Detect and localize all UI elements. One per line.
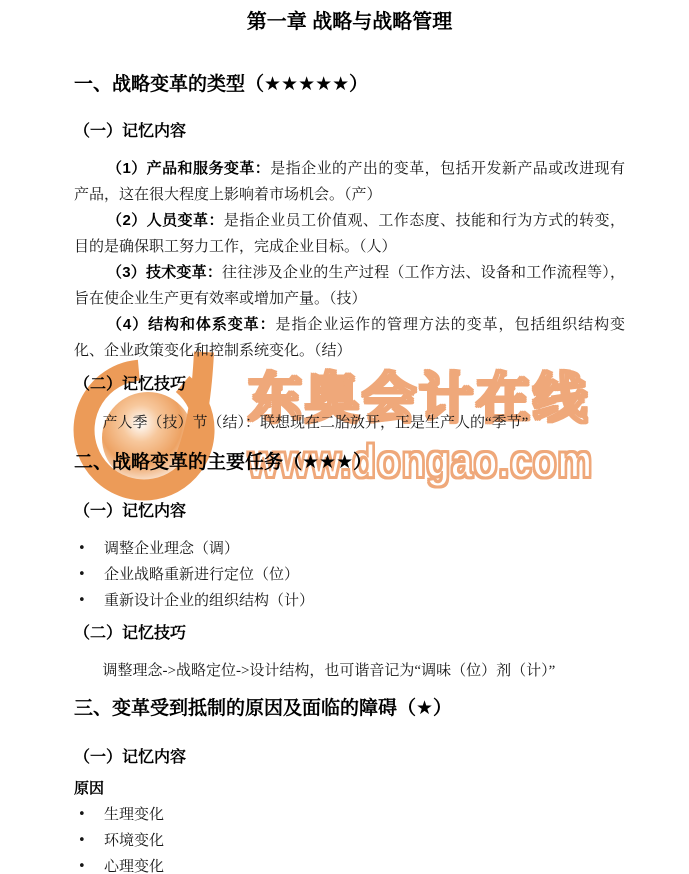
section-3-heading: 三、变革受到抵制的原因及面临的障碍（★）: [74, 696, 625, 722]
list-item: •企业战略重新进行定位（位）: [74, 562, 625, 588]
section-1-memory-content-heading: （一）记忆内容: [74, 120, 625, 144]
bullet-icon: •: [78, 854, 86, 874]
section-1-memory-tip: 产人季（技）节（结）：联想现在二胎放开，正是生产人的“季节”: [74, 410, 625, 436]
paragraph-label: （4）结构和体系变革：: [107, 316, 276, 333]
list-item-text: 生理变化: [104, 807, 164, 823]
paragraph-technology-change: （3）技术变革：往往涉及企业的生产过程（工作方法、设备和工作流程等），旨在使企业…: [74, 260, 625, 312]
bullet-icon: •: [78, 536, 86, 562]
paragraph-structure-system-change: （4）结构和体系变革：是指企业运作的管理方法的变革，包括组织结构变化、企业政策变…: [74, 312, 625, 364]
bullet-icon: •: [78, 828, 86, 854]
list-item: •环境变化: [74, 828, 625, 854]
bullet-icon: •: [78, 562, 86, 588]
section-2-memory-content-heading: （一）记忆内容: [74, 500, 625, 524]
section-3-memory-content-heading: （一）记忆内容: [74, 746, 625, 770]
list-item: •调整企业理念（调）: [74, 536, 625, 562]
paragraph-product-service-change: （1）产品和服务变革：是指企业的产出的变革，包括开发新产品或改进现有产品，这在很…: [74, 156, 625, 208]
paragraph-label: （3）技术变革：: [107, 264, 222, 281]
paragraph-label: （2）人员变革：: [107, 212, 224, 229]
section-2-heading: 二、战略变革的主要任务（★★★）: [74, 450, 625, 476]
task-list: •调整企业理念（调） •企业战略重新进行定位（位） •重新设计企业的组织结构（计…: [74, 536, 625, 614]
bullet-icon: •: [78, 588, 86, 614]
reasons-label: 原因: [74, 778, 625, 800]
document-page: 东奥会计在线 www.dongao.com 第一章 战略与战略管理 一、战略变革…: [0, 0, 689, 874]
list-item-text: 重新设计企业的组织结构（计）: [104, 593, 314, 609]
chapter-title: 第一章 战略与战略管理: [74, 8, 625, 36]
list-item: •生理变化: [74, 802, 625, 828]
list-item-text: 企业战略重新进行定位（位）: [104, 567, 299, 583]
bullet-icon: •: [78, 802, 86, 828]
paragraph-personnel-change: （2）人员变革：是指企业员工价值观、工作态度、技能和行为方式的转变，目的是确保职…: [74, 208, 625, 260]
section-1-memory-tip-heading: （二）记忆技巧: [74, 373, 625, 397]
section-1-heading: 一、战略变革的类型（★★★★★）: [74, 72, 625, 98]
list-item: •重新设计企业的组织结构（计）: [74, 588, 625, 614]
reasons-list: •生理变化 •环境变化 •心理变化: [74, 802, 625, 874]
list-item: •心理变化: [74, 854, 625, 874]
list-item-text: 心理变化: [104, 859, 164, 874]
section-2-memory-tip-heading: （二）记忆技巧: [74, 622, 625, 646]
section-2-memory-tip: 调整理念->战略定位->设计结构，也可谐音记为“调味（位）剂（计）”: [74, 658, 625, 684]
document-content: 第一章 战略与战略管理 一、战略变革的类型（★★★★★） （一）记忆内容 （1）…: [0, 0, 689, 874]
list-item-text: 调整企业理念（调）: [104, 541, 239, 557]
paragraph-label: （1）产品和服务变革：: [107, 160, 270, 177]
list-item-text: 环境变化: [104, 833, 164, 849]
